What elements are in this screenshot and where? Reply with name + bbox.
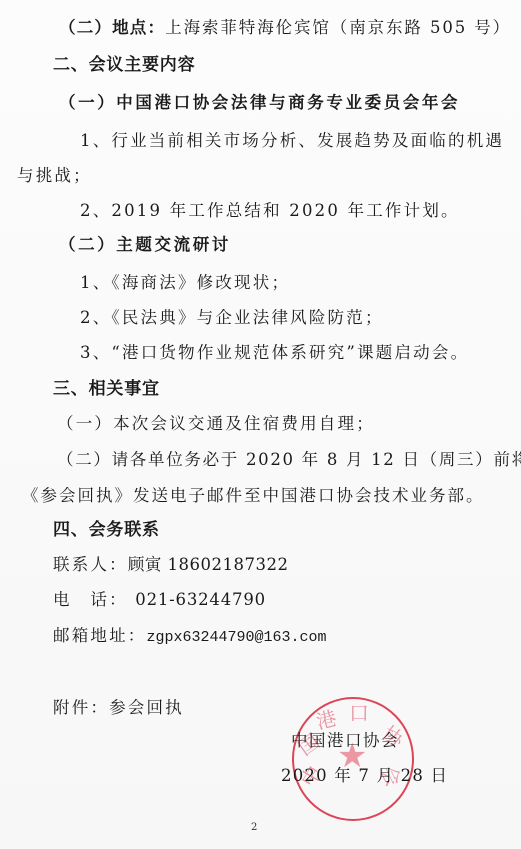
seal-char: 口	[349, 697, 369, 726]
venue-label: （二）地点：	[59, 18, 165, 37]
subsection-2-heading: （二）主题交流研讨	[59, 235, 231, 255]
contact-person-value: 顾寅 18602187322	[128, 555, 289, 574]
section-2-heading: 二、会议主要内容	[53, 55, 195, 75]
sub1-item-1-line-b: 与挑战；	[17, 166, 92, 186]
email-label: 邮箱地址：	[53, 626, 147, 645]
sub2-item-1: 1、《海商法》修改现状；	[80, 273, 290, 293]
sub2-item-2: 2、《民法典》与企业法律风险防范；	[80, 308, 384, 328]
section-3-heading: 三、相关事宜	[53, 379, 160, 399]
sec3-item-1: （一）本次会议交通及住宿费用自理；	[57, 414, 375, 434]
sec3-item-2-line-a: （二）请各单位务必于 2020 年 8 月 12 日（周三）前将	[57, 450, 521, 470]
phone-label: 电 话：	[53, 590, 128, 609]
sub1-item-2: 2、2019 年工作总结和 2020 年工作计划。	[80, 201, 460, 221]
venue-line: （二）地点：上海索菲特海伦宾馆（南京东路 505 号）	[59, 18, 511, 38]
attachment-line: 附件：参会回执	[53, 698, 184, 718]
sub2-item-3: 3、“港口货物作业规范体系研究”课题启动会。	[80, 343, 469, 363]
contact-person-label: 联系人：	[53, 555, 128, 574]
sub1-item-1-line-a: 1、行业当前相关市场分析、发展趋势及面临的机遇	[80, 131, 504, 151]
phone-line: 电 话： 021-63244790	[53, 590, 266, 610]
document-page: （二）地点：上海索菲特海伦宾馆（南京东路 505 号） 二、会议主要内容 （一）…	[0, 0, 521, 849]
subsection-1-heading: （一）中国港口协会法律与商务专业委员会年会	[59, 93, 460, 113]
page-number: 2	[251, 822, 257, 833]
email-line: 邮箱地址：zgpx63244790@163.com	[53, 626, 327, 648]
contact-person-line: 联系人：顾寅 18602187322	[53, 555, 289, 575]
signature-date: 2020 年 7 月 28 日	[281, 766, 448, 786]
email-value: zgpx63244790@163.com	[147, 629, 327, 646]
section-4-heading: 四、会务联系	[53, 520, 160, 540]
venue-value: 上海索菲特海伦宾馆（南京东路 505 号）	[165, 18, 511, 37]
official-seal: 中 国 港 口 协 会 ★	[292, 697, 414, 821]
sec3-item-2-line-b: 《参会回执》发送电子邮件至中国港口协会技术业务部。	[22, 486, 485, 506]
signatory: 中国港口协会	[291, 731, 399, 751]
phone-value: 021-63244790	[135, 590, 266, 609]
